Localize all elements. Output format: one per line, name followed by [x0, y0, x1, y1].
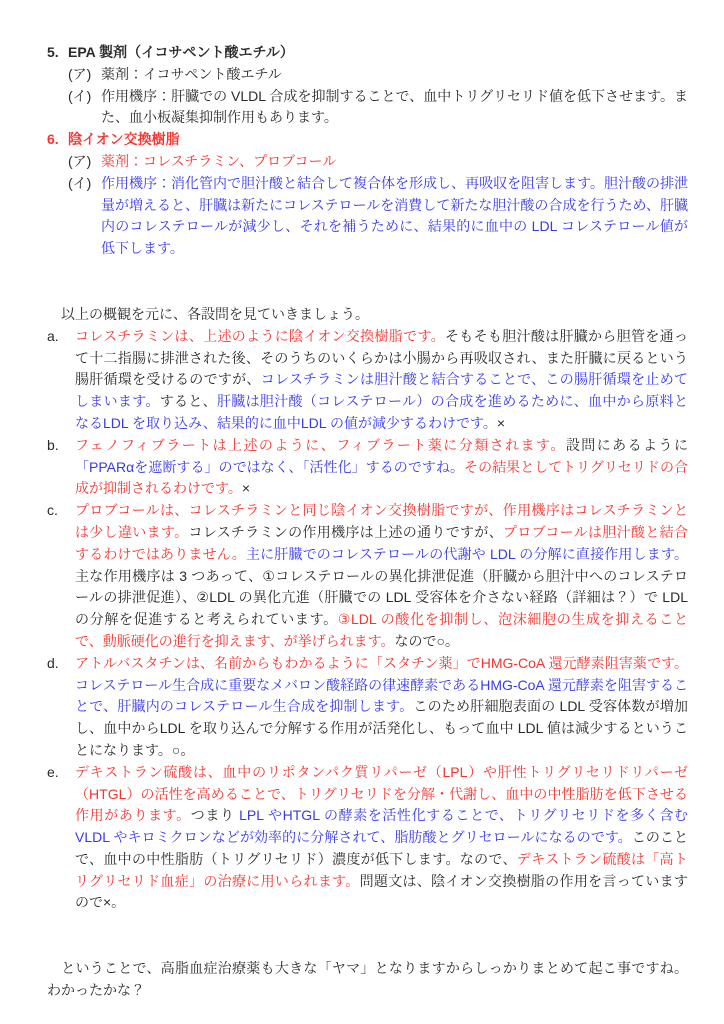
- text-run: コレスチラミンの作用機序は上述の通りですが、: [189, 524, 504, 540]
- text-run: すると、: [160, 393, 217, 409]
- sub-item-body: 薬剤：イコサペント酸エチル: [101, 64, 688, 86]
- lettered-item-d: d.アトルバスタチンは、名前からもわかるように「スタチン薬」でHMG-CoA 還…: [47, 653, 688, 762]
- section-title: EPA 製剤（イコサペント酸エチル）: [68, 42, 688, 64]
- lettered-item-c: c.プロブコールは、コレスチラミンと同じ陰イオン交換樹脂ですが、作用機序はコレス…: [47, 500, 688, 653]
- item-marker: 5.: [47, 42, 68, 64]
- item-marker: d.: [47, 653, 75, 675]
- text-run: 主に肝臓でのコレステロールの代謝や LDL の分解に直接作用します。: [246, 546, 688, 562]
- text-run: コレスチラミンは、上述のように陰イオン交換樹脂です。: [75, 328, 445, 344]
- text-run: ×: [497, 415, 505, 431]
- text-run: 薬剤：イコサペント酸エチル: [101, 66, 282, 82]
- sub-item-marker: (イ): [68, 86, 101, 108]
- sub-item: (イ)作用機序：消化管内で胆汁酸と結合して複合体を形成し、再吸収を阻害します。胆…: [68, 173, 688, 260]
- paragraph: ということで、高脂血症治療薬も大きな「ヤマ」となりますからしっかりまとめて起こ事…: [47, 958, 688, 1002]
- item-body: フェノフィブラートは上述のように、フィブラート薬に分類されます。設問にあるように…: [75, 435, 688, 500]
- lettered-item-b: b.フェノフィブラートは上述のように、フィブラート薬に分類されます。設問にあるよ…: [47, 435, 688, 500]
- document-page: 5.EPA 製剤（イコサペント酸エチル）(ア)薬剤：イコサペント酸エチル(イ)作…: [0, 0, 724, 1002]
- text-run: 以上の概観を元に、各設問を見ていきましょう。: [47, 306, 369, 322]
- document-body: 5.EPA 製剤（イコサペント酸エチル）(ア)薬剤：イコサペント酸エチル(イ)作…: [47, 42, 688, 1002]
- numbered-item-6: 6.陰イオン交換樹脂(ア)薬剤：コレスチラミン、プロブコール(イ)作用機序：消化…: [47, 129, 688, 260]
- sub-item: (イ)作用機序：肝臓での VLDL 合成を抑制することで、血中トリグリセリド値を…: [68, 86, 688, 130]
- item-body: 陰イオン交換樹脂(ア)薬剤：コレスチラミン、プロブコール(イ)作用機序：消化管内…: [68, 129, 688, 260]
- text-run: EPA 製剤（イコサペント酸エチル）: [68, 44, 294, 60]
- item-marker: 6.: [47, 129, 68, 151]
- lettered-item-e: e.デキストラン硫酸は、血中のリポタンパク質リパーゼ（LPL）や肝性トリグリセリ…: [47, 762, 688, 915]
- item-marker: c.: [47, 500, 75, 522]
- item-body: デキストラン硫酸は、血中のリポタンパク質リパーゼ（LPL）や肝性トリグリセリドリ…: [75, 762, 688, 915]
- item-marker: e.: [47, 762, 75, 784]
- sub-item-body: 作用機序：肝臓での VLDL 合成を抑制することで、血中トリグリセリド値を低下さ…: [101, 86, 688, 130]
- sub-item-body: 作用機序：消化管内で胆汁酸と結合して複合体を形成し、再吸収を阻害します。胆汁酸の…: [101, 173, 688, 260]
- text-run: 陰イオン交換樹脂: [68, 131, 180, 147]
- text-run: アトルバスタチンは、名前からもわかるように「スタチン薬」でHMG-CoA 還元酵…: [75, 655, 688, 671]
- sub-item-marker: (ア): [68, 64, 101, 86]
- text-run: フェノフィブラートは上述のように、フィブラート薬に分類されます。: [75, 437, 566, 453]
- lettered-item-a: a.コレスチラミンは、上述のように陰イオン交換樹脂です。そもそも胆汁酸は肝臓から…: [47, 326, 688, 435]
- text-run: 作用機序：肝臓での VLDL 合成を抑制することで、血中トリグリセリド値を低下さ…: [101, 88, 688, 126]
- spacer: [47, 260, 688, 304]
- sub-item-marker: (ア): [68, 151, 101, 173]
- sub-item: (ア)薬剤：コレスチラミン、プロブコール: [68, 151, 688, 173]
- text-run: ということで、高脂血症治療薬も大きな「ヤマ」となりますからしっかりまとめて起こ事…: [47, 960, 688, 998]
- sub-item: (ア)薬剤：イコサペント酸エチル: [68, 64, 688, 86]
- text-run: ×: [242, 480, 250, 496]
- text-run: 作用機序：消化管内で胆汁酸と結合して複合体を形成し、再吸収を阻害します。胆汁酸の…: [101, 175, 688, 256]
- text-run: なので○。: [394, 633, 458, 649]
- item-marker: b.: [47, 435, 75, 457]
- item-marker: a.: [47, 326, 75, 348]
- spacer: [47, 914, 688, 958]
- text-run: つまり: [191, 807, 239, 823]
- text-run: 薬剤：コレスチラミン、プロブコール: [101, 153, 336, 169]
- item-body: プロブコールは、コレスチラミンと同じ陰イオン交換樹脂ですが、作用機序はコレスチラ…: [75, 500, 688, 653]
- sub-item-marker: (イ): [68, 173, 101, 195]
- item-body: アトルバスタチンは、名前からもわかるように「スタチン薬」でHMG-CoA 還元酵…: [75, 653, 688, 762]
- text-run: 設問にあるように: [566, 437, 688, 453]
- sub-item-body: 薬剤：コレスチラミン、プロブコール: [101, 151, 688, 173]
- paragraph: 以上の概観を元に、各設問を見ていきましょう。: [47, 304, 688, 326]
- numbered-item-5: 5.EPA 製剤（イコサペント酸エチル）(ア)薬剤：イコサペント酸エチル(イ)作…: [47, 42, 688, 129]
- text-run: 「PPARαを遮断する」のではなく、「活性化」するのですね。: [75, 459, 464, 475]
- item-body: EPA 製剤（イコサペント酸エチル）(ア)薬剤：イコサペント酸エチル(イ)作用機…: [68, 42, 688, 129]
- item-body: コレスチラミンは、上述のように陰イオン交換樹脂です。そもそも胆汁酸は肝臓から胆管…: [75, 326, 688, 435]
- section-title: 陰イオン交換樹脂: [68, 129, 688, 151]
